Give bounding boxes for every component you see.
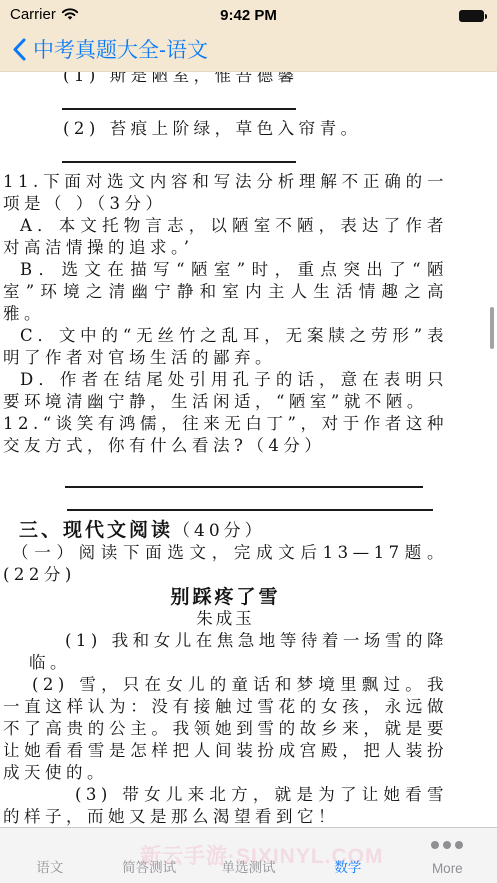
- answer-line-1: (1) 斯是陋室，惟吾德馨: [3, 72, 448, 87]
- app-screen: Carrier 9:42 PM 中考真题大全-语文: [0, 0, 497, 883]
- section-score: （40分）: [173, 521, 266, 541]
- tab-single-choice-test[interactable]: 单选测试: [199, 828, 298, 883]
- clock: 9:42 PM: [0, 7, 497, 24]
- question-11: 11.下面对选文内容和写法分析理解不正确的一项是（ ）（3分）: [3, 171, 448, 215]
- tab-shuxue-active[interactable]: 数学: [298, 828, 397, 883]
- battery-icon: [459, 10, 487, 22]
- header: Carrier 9:42 PM 中考真题大全-语文: [0, 0, 497, 72]
- section-title: 三、现代文阅读: [19, 519, 173, 541]
- option-d: D．作者在结尾处引用孔子的话，意在表明只要环境清幽宁静，生活闲适，“陋室”就不陋…: [3, 369, 448, 413]
- essay-paragraph-3: (3) 带女儿来北方，就是为了让她看雪的样子，而她又是那么渴望看到它！: [3, 784, 448, 827]
- tab-more[interactable]: More: [398, 828, 497, 883]
- status-bar: Carrier 9:42 PM: [0, 6, 497, 28]
- section-instruction: （一）阅读下面选文，完成文后13—17题。(22分): [3, 542, 448, 586]
- tab-label: 数学: [334, 856, 361, 876]
- option-a: A．本文托物言志，以陋室不陋，表达了作者对高洁情操的追求。’: [3, 215, 448, 259]
- tab-yuwen[interactable]: 语文: [0, 828, 99, 883]
- tab-short-answer-test[interactable]: 简答测试: [99, 828, 198, 883]
- essay-paragraph-2: (2) 雪，只在女儿的童话和梦境里飘过。我一直这样认为：没有接触过雪花的女孩，永…: [3, 674, 448, 784]
- section-heading: 三、现代文阅读（40分）: [3, 519, 448, 542]
- more-dots-icon: [431, 841, 463, 849]
- tab-label: 语文: [36, 856, 63, 876]
- tab-label: 单选测试: [222, 856, 276, 876]
- document-scroll-area[interactable]: (1) 斯是陋室，惟吾德馨 (2) 苔痕上阶绿，草色入帘青。 11.下面对选文内…: [0, 72, 497, 827]
- answer-blank-line: [67, 496, 433, 511]
- exam-document: (1) 斯是陋室，惟吾德馨 (2) 苔痕上阶绿，草色入帘青。 11.下面对选文内…: [0, 72, 497, 827]
- answer-blank-line: [62, 148, 296, 163]
- option-c: C．文中的“无丝竹之乱耳，无案牍之劳形”表明了作者对官场生活的鄙弃。: [3, 325, 448, 369]
- question-12: 12.“谈笑有鸿儒，往来无白丁”，对于作者这种交友方式，你有什么看法?（4分）: [3, 413, 448, 457]
- option-b: B．选文在描写“陋室”时，重点突出了“陋室”环境之清幽宁静和室内主人生活情趣之高…: [3, 259, 448, 325]
- back-button[interactable]: 中考真题大全-语文: [12, 34, 208, 64]
- tab-label: More: [432, 861, 463, 876]
- scrollbar-thumb[interactable]: [490, 307, 494, 349]
- answer-line-2: (2) 苔痕上阶绿，草色入帘青。: [3, 118, 448, 140]
- tab-label: 简答测试: [122, 856, 176, 876]
- essay-author: 朱成玉: [3, 608, 448, 630]
- nav-title: 中考真题大全-语文: [33, 34, 208, 64]
- essay-title: 别踩疼了雪: [3, 586, 448, 608]
- answer-blank-line: [62, 95, 296, 110]
- chevron-left-icon: [12, 38, 26, 61]
- answer-blank-line: [65, 473, 423, 488]
- tab-bar: 新云手游·SIXINYL.COM 语文 简答测试 单选测试 数学 More: [0, 827, 497, 883]
- essay-paragraph-1: (1) 我和女儿在焦急地等待着一场雪的降临。: [3, 630, 448, 674]
